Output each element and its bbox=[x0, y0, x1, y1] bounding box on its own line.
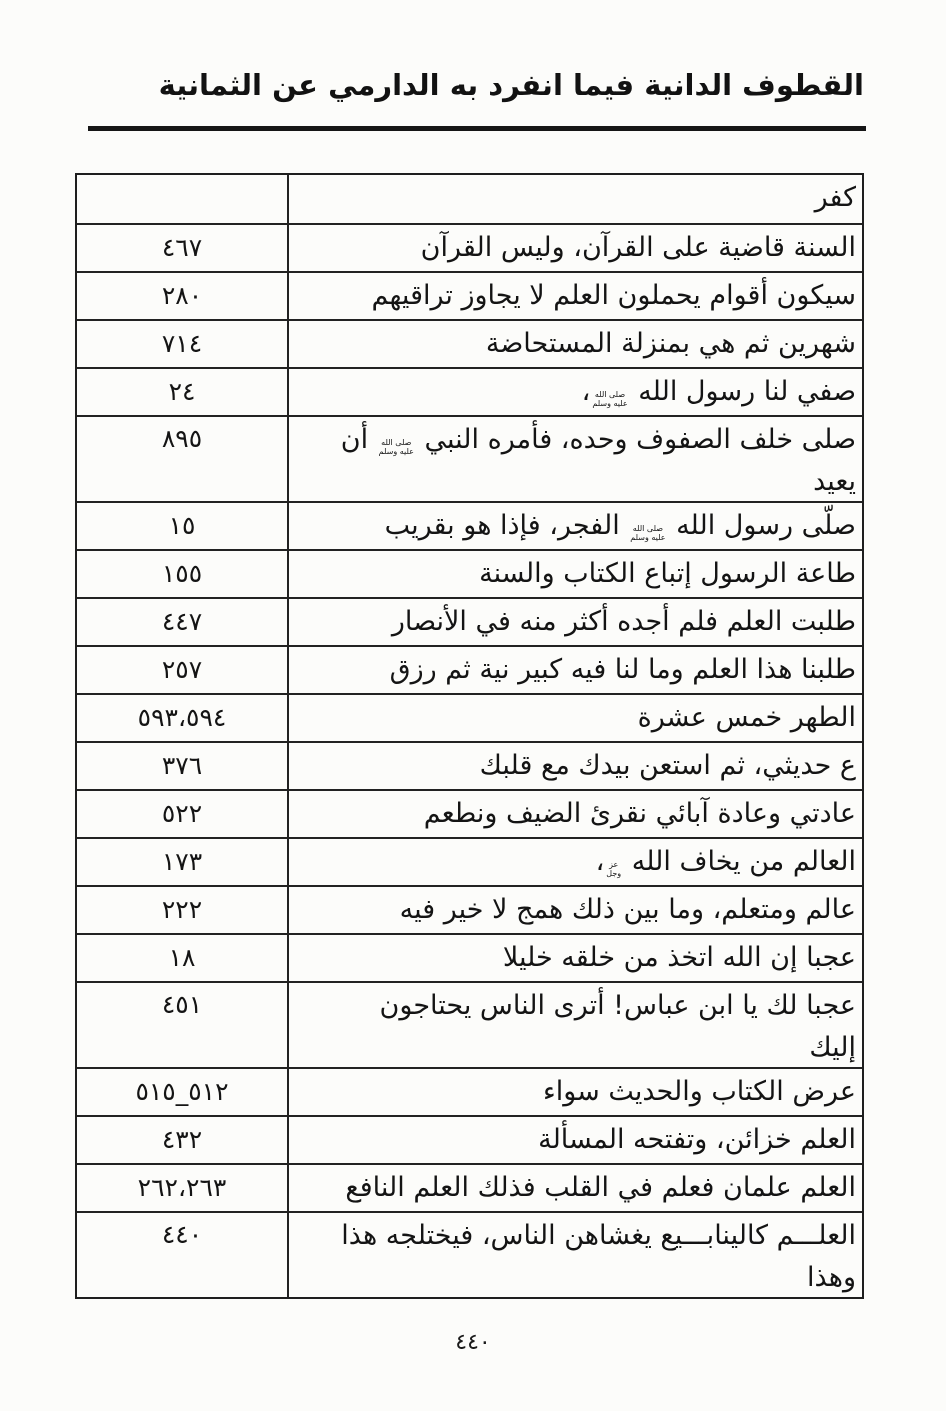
index-row: ٤٥١عجبا لك يا ابن عباس! أترى الناس يحتاج… bbox=[77, 981, 862, 1067]
index-row: ٤٤٠العلـــم كالينابـــيع يغشاهن الناس، ف… bbox=[77, 1211, 862, 1297]
entry-text-cell: صلى خلف الصفوف وحده، فأمره النبي صلى الل… bbox=[289, 417, 862, 501]
entry-text-cell: عجبا لك يا ابن عباس! أترى الناس يحتاجونإ… bbox=[289, 983, 862, 1067]
entry-text-cell: طلبت العلم فلم أجده أكثر منه في الأنصار bbox=[289, 599, 862, 645]
page-number-cell: ٤٤٠ bbox=[77, 1213, 289, 1297]
index-row: ١٧٣العالم من يخاف الله عز وجل، bbox=[77, 837, 862, 885]
entry-text-cell: ع حديثي، ثم استعن بيدك مع قلبك bbox=[289, 743, 862, 789]
page-number-cell: ٢٥٧ bbox=[77, 647, 289, 693]
entry-text-cell: العلم علمان فعلم في القلب فذلك العلم الن… bbox=[289, 1165, 862, 1211]
header-rule bbox=[88, 126, 866, 131]
page-number-cell: ٢٢٢ bbox=[77, 887, 289, 933]
index-row: ٢٦٢،٢٦٣العلم علمان فعلم في القلب فذلك ال… bbox=[77, 1163, 862, 1211]
entry-text-cell: طاعة الرسول إتباع الكتاب والسنة bbox=[289, 551, 862, 597]
page-number-cell: ٤٥١ bbox=[77, 983, 289, 1067]
index-row: ٥٢٢عادتي وعادة آبائي نقرئ الضيف ونطعم bbox=[77, 789, 862, 837]
page-number-cell: ٥٢٢ bbox=[77, 791, 289, 837]
entry-text-cell: سيكون أقوام يحملون العلم لا يجاوز تراقيه… bbox=[289, 273, 862, 319]
honorific-saw-ligature: صلى الله عليه وسلم bbox=[379, 439, 414, 457]
entry-text-cell: عجبا إن الله اتخذ من خلقه خليلا bbox=[289, 935, 862, 981]
page-number-cell: ٤٦٧ bbox=[77, 225, 289, 271]
index-row: ١٥٥طاعة الرسول إتباع الكتاب والسنة bbox=[77, 549, 862, 597]
index-row: ٤٣٢العلم خزائن، وتفتحه المسألة bbox=[77, 1115, 862, 1163]
page-number-cell: ٢٨٠ bbox=[77, 273, 289, 319]
page-number-cell: ٥١٢_٥١٥ bbox=[77, 1069, 289, 1115]
page-number-cell: ٥٩٣،٥٩٤ bbox=[77, 695, 289, 741]
page-number-cell bbox=[77, 175, 289, 223]
entry-text-cell: الطهر خمس عشرة bbox=[289, 695, 862, 741]
index-row: ٢٢٢عالم ومتعلم، وما بين ذلك همج لا خير ف… bbox=[77, 885, 862, 933]
page-number-cell: ١٨ bbox=[77, 935, 289, 981]
entry-text-cell: طلبنا هذا العلم وما لنا فيه كبير نية ثم … bbox=[289, 647, 862, 693]
index-row: ٥٩٣،٥٩٤الطهر خمس عشرة bbox=[77, 693, 862, 741]
entry-text-cell: شهرين ثم هي بمنزلة المستحاضة bbox=[289, 321, 862, 367]
page-number-cell: ٣٧٦ bbox=[77, 743, 289, 789]
page-number-cell: ٢٦٢،٢٦٣ bbox=[77, 1165, 289, 1211]
entry-text-cell: السنة قاضية على القرآن، وليس القرآن bbox=[289, 225, 862, 271]
index-row: ٤٦٧السنة قاضية على القرآن، وليس القرآن bbox=[77, 223, 862, 271]
index-row: ٢٤صفي لنا رسول الله صلى الله عليه وسلم، bbox=[77, 367, 862, 415]
book-page: القطوف الدانية فيما انفرد به الدارمي عن … bbox=[0, 0, 946, 1411]
index-row: ١٨عجبا إن الله اتخذ من خلقه خليلا bbox=[77, 933, 862, 981]
entry-text-cell: عالم ومتعلم، وما بين ذلك همج لا خير فيه bbox=[289, 887, 862, 933]
index-row: ٢٥٧طلبنا هذا العلم وما لنا فيه كبير نية … bbox=[77, 645, 862, 693]
index-table-rows: كفر٤٦٧السنة قاضية على القرآن، وليس القرآ… bbox=[77, 175, 862, 1297]
entry-text-cell: عرض الكتاب والحديث سواء bbox=[289, 1069, 862, 1115]
index-table: كفر٤٦٧السنة قاضية على القرآن، وليس القرآ… bbox=[75, 173, 864, 1299]
entry-text-cell: العلـــم كالينابـــيع يغشاهن الناس، فيخت… bbox=[289, 1213, 862, 1297]
page-number-cell: ٧١٤ bbox=[77, 321, 289, 367]
page-header-title: القطوف الدانية فيما انفرد به الدارمي عن … bbox=[159, 68, 864, 102]
index-row: ٨٩٥صلى خلف الصفوف وحده، فأمره النبي صلى … bbox=[77, 415, 862, 501]
entry-text-cell: صلّى رسول الله صلى الله عليه وسلم الفجر،… bbox=[289, 503, 862, 549]
page-number-cell: ١٧٣ bbox=[77, 839, 289, 885]
entry-text-cell: صفي لنا رسول الله صلى الله عليه وسلم، bbox=[289, 369, 862, 415]
entry-text-cell: العالم من يخاف الله عز وجل، bbox=[289, 839, 862, 885]
index-row: ١٥صلّى رسول الله صلى الله عليه وسلم الفج… bbox=[77, 501, 862, 549]
honorific-azza-wa-jall-ligature: عز وجل bbox=[606, 861, 621, 879]
page-number-cell: ٨٩٥ bbox=[77, 417, 289, 501]
index-row: ٢٨٠سيكون أقوام يحملون العلم لا يجاوز ترا… bbox=[77, 271, 862, 319]
entry-text-cell: كفر bbox=[289, 175, 862, 223]
folio-page-number: ٤٤٠ bbox=[0, 1330, 946, 1355]
page-number-cell: ١٥٥ bbox=[77, 551, 289, 597]
page-number-cell: ٤٤٧ bbox=[77, 599, 289, 645]
honorific-saw-ligature: صلى الله عليه وسلم bbox=[592, 391, 627, 409]
index-row: ٤٤٧طلبت العلم فلم أجده أكثر منه في الأنص… bbox=[77, 597, 862, 645]
index-row: ٥١٢_٥١٥عرض الكتاب والحديث سواء bbox=[77, 1067, 862, 1115]
entry-text-cell: عادتي وعادة آبائي نقرئ الضيف ونطعم bbox=[289, 791, 862, 837]
page-number-cell: ١٥ bbox=[77, 503, 289, 549]
index-row: ٣٧٦ع حديثي، ثم استعن بيدك مع قلبك bbox=[77, 741, 862, 789]
honorific-saw-ligature: صلى الله عليه وسلم bbox=[630, 525, 665, 543]
page-number-cell: ٢٤ bbox=[77, 369, 289, 415]
entry-text-cell: العلم خزائن، وتفتحه المسألة bbox=[289, 1117, 862, 1163]
index-row: كفر bbox=[77, 175, 862, 223]
page-number-cell: ٤٣٢ bbox=[77, 1117, 289, 1163]
index-row: ٧١٤شهرين ثم هي بمنزلة المستحاضة bbox=[77, 319, 862, 367]
